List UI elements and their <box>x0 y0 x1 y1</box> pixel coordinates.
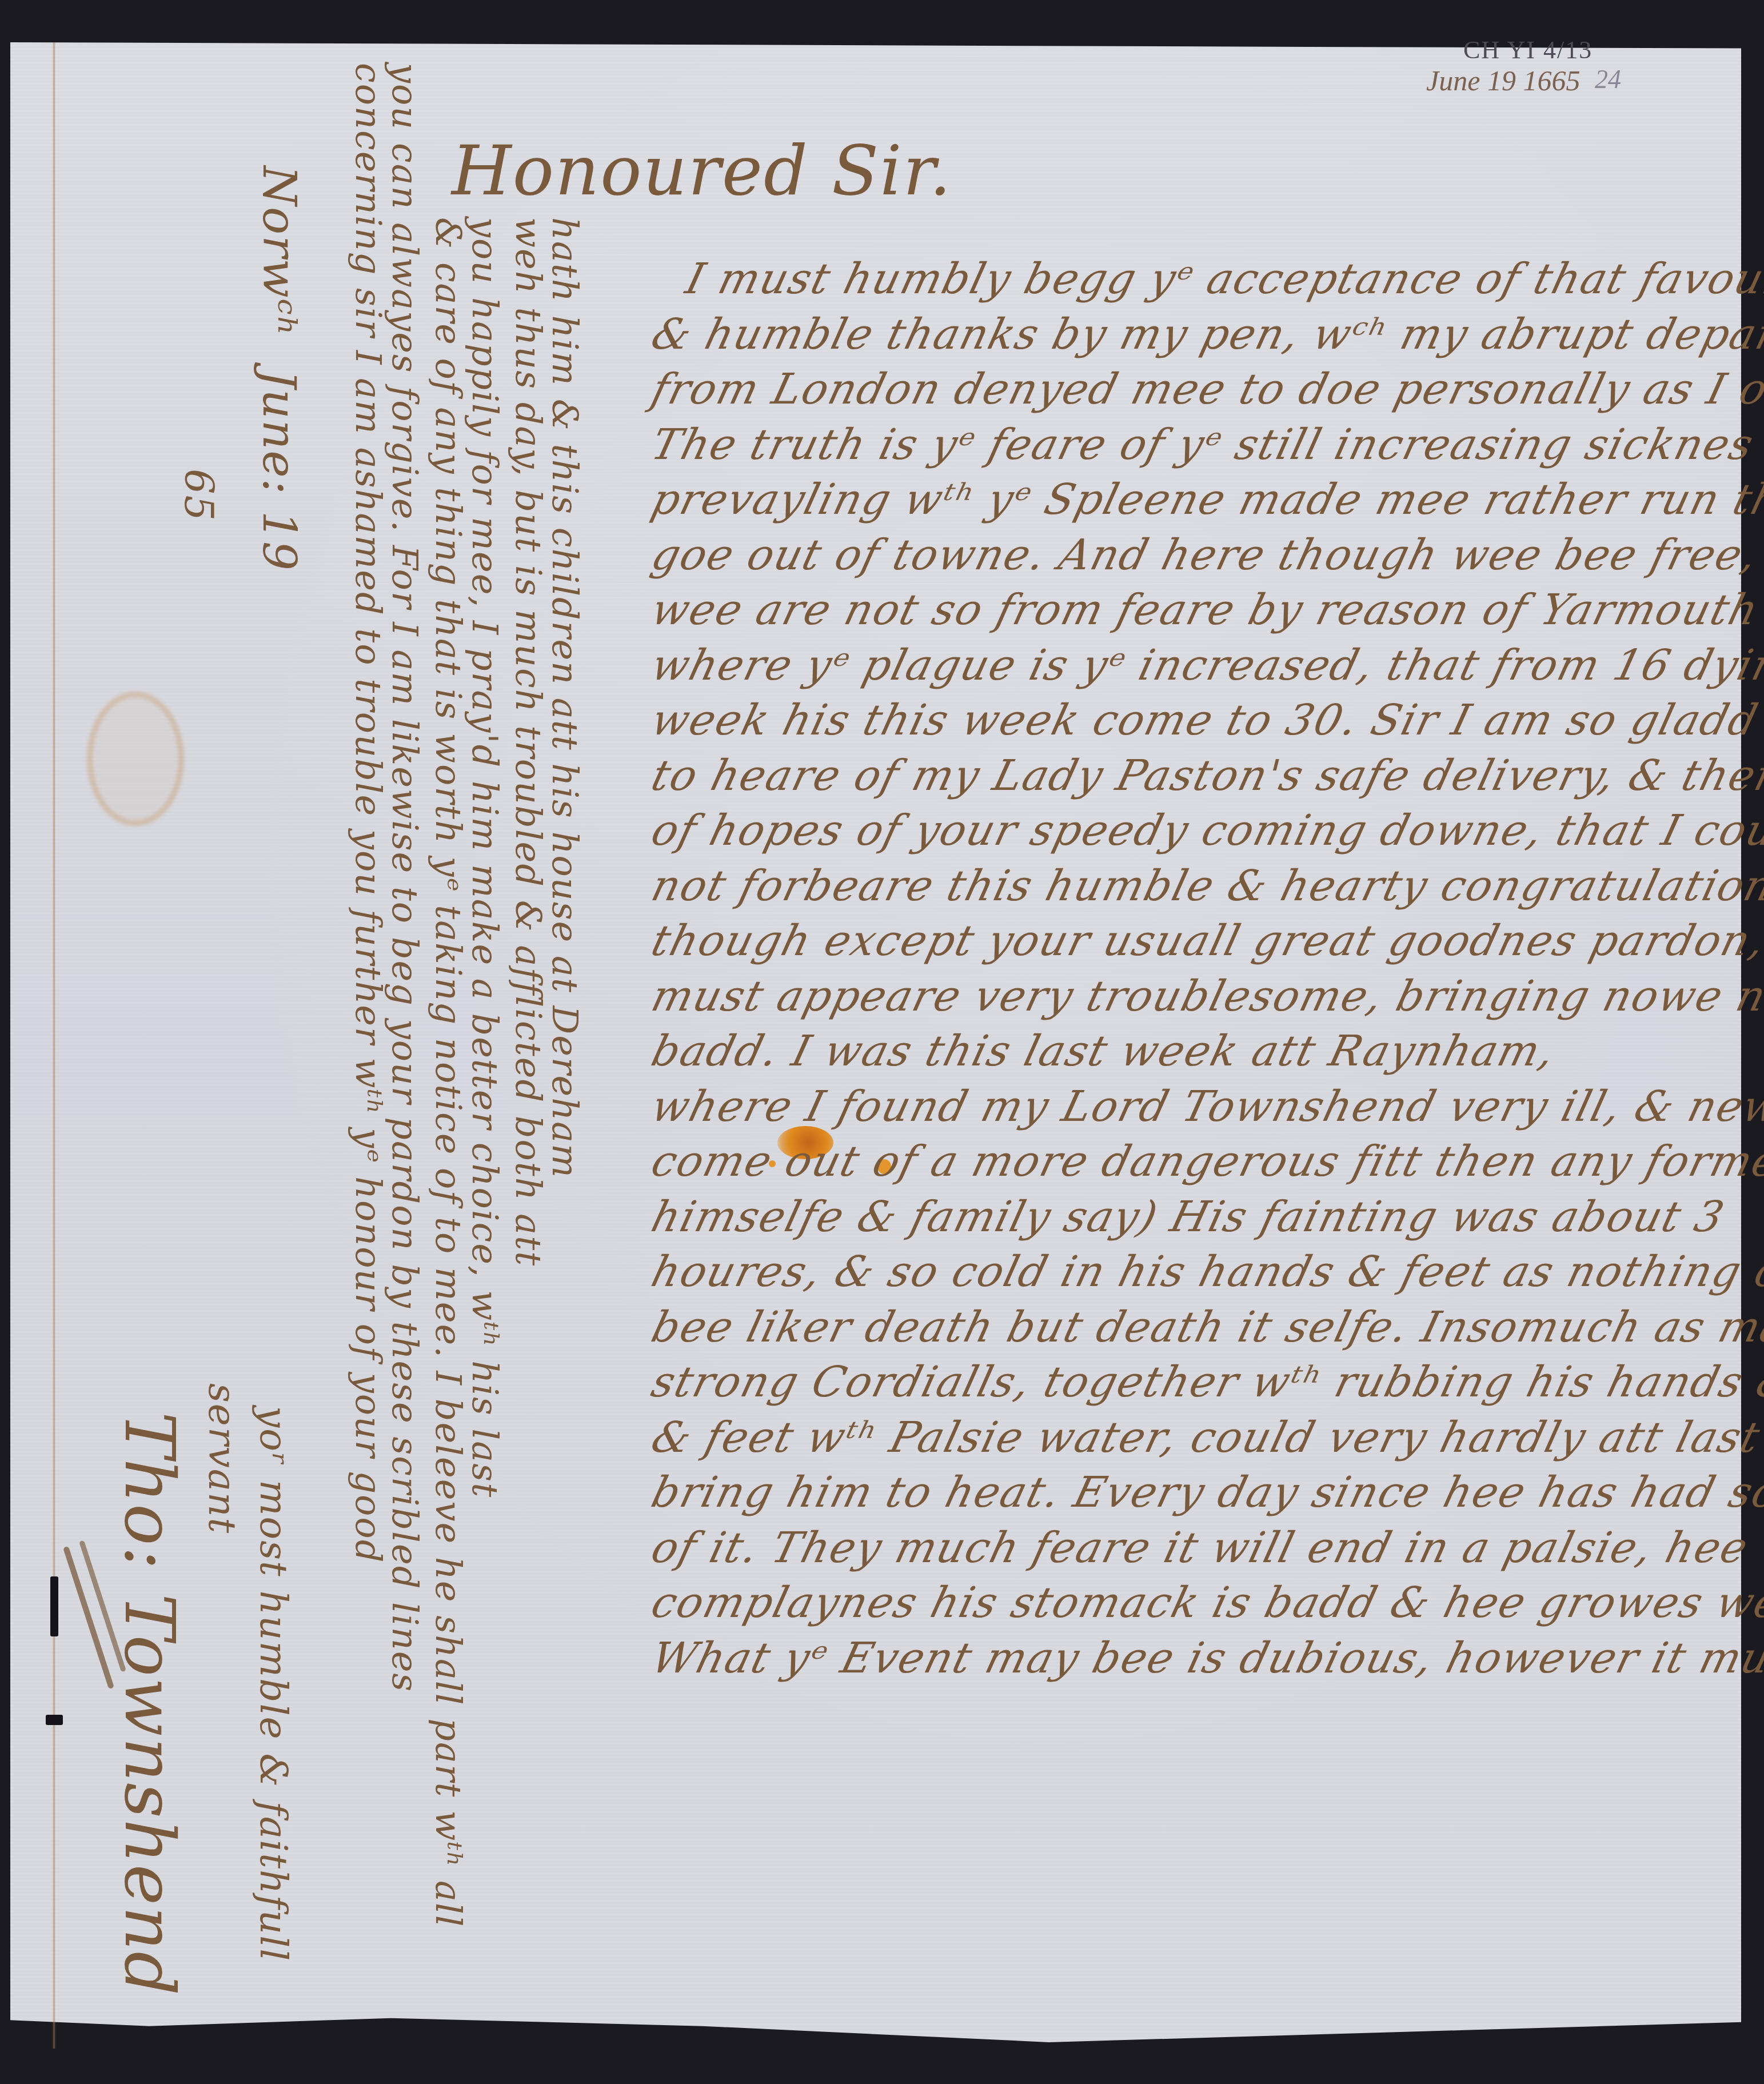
body-line: week his this week come to 30. Sir I am … <box>646 693 1746 748</box>
body-line: where I found my Lord Townshend very ill… <box>646 1079 1746 1135</box>
margin-column-2: you happily for mee, I pray'd him make a… <box>430 217 503 1928</box>
margin-column-3: you can alwayes forgive. For I am likewi… <box>350 63 423 1692</box>
body-line: badd. I was this last week att Raynham, <box>646 1024 1746 1079</box>
body-line: bring him to heat. Every day since hee h… <box>646 1465 1746 1520</box>
margin-line: you happily for mee, I pray'd him make a… <box>466 217 503 1928</box>
body-line: strong Cordialls, together wᵗʰ rubbing h… <box>646 1355 1746 1410</box>
archive-reference: CH YI 4/13 <box>1463 35 1593 65</box>
body-line: prevayling wᵗʰ yᵉ Spleene made mee rathe… <box>646 472 1746 528</box>
salutation: Honoured Sir. <box>452 131 952 211</box>
closing-line-2: servant <box>203 1383 240 1534</box>
margin-line: & care of any thing that is worth yᵉ tak… <box>430 217 466 1928</box>
margin-line: concerning sir I am ashamed to trouble y… <box>350 63 386 1692</box>
body-line: from London denyed mee to doe personally… <box>646 362 1746 417</box>
body-line: come out of a more dangerous fitt then a… <box>646 1134 1746 1189</box>
dateline-year: 65 <box>181 469 217 522</box>
body-line: complaynes his stomack is badd & hee gro… <box>646 1575 1746 1631</box>
body-line: of it. They much feare it will end in a … <box>646 1520 1746 1576</box>
margin-line: you can alwayes forgive. For I am likewi… <box>386 63 423 1692</box>
dateline-date: June: 19 <box>253 370 306 572</box>
letter-body: I must humbly begg yᵉ acceptance of that… <box>646 251 1732 1686</box>
body-line: bee liker death but death it selfe. Inso… <box>646 1300 1746 1355</box>
archive-date: June 19 1665 <box>1426 64 1580 97</box>
body-line: goe out of towne. And here though wee be… <box>646 528 1746 583</box>
fold-line <box>53 42 55 2049</box>
body-line: to heare of my Lady Paston's safe delive… <box>646 748 1746 804</box>
margin-line: hath him & this children att his house a… <box>546 217 583 1267</box>
body-line: not forbeare this humble & hearty congra… <box>646 859 1746 914</box>
signature: Tho: Townshend <box>109 1412 189 1997</box>
body-line: houres, & so cold in his hands & feet as… <box>646 1244 1746 1300</box>
body-line: What yᵉ Event may bee is dubious, howeve… <box>646 1631 1746 1686</box>
margin-line: weh thus day, but is much troubled & aff… <box>510 217 546 1267</box>
body-line: must appeare very troublesome, bringing … <box>646 969 1746 1024</box>
body-line: The truth is yᵉ feare of yᵉ still increa… <box>646 417 1746 473</box>
dateline: Norwᶜʰ June: 19 <box>261 166 297 572</box>
binding-hole <box>46 1715 63 1725</box>
dateline-place: Norwᶜʰ <box>253 166 306 337</box>
binding-slit <box>50 1576 58 1636</box>
body-line: though except your usuall great goodnes … <box>646 913 1746 969</box>
body-line: & humble thanks by my pen, wᶜʰ my abrupt… <box>646 307 1746 362</box>
body-line: wee are not so from feare by reason of Y… <box>646 582 1746 638</box>
margin-column-1: hath him & this children att his house a… <box>510 217 583 1267</box>
body-line: I must humbly begg yᵉ acceptance of that… <box>680 251 1764 307</box>
brown-water-stain <box>87 692 184 826</box>
body-line: himselfe & family say) His fainting was … <box>646 1189 1746 1245</box>
closing-line-1: yoʳ most humble & faithfull <box>255 1406 292 1962</box>
archive-folio: 24 <box>1595 64 1621 94</box>
body-line: of hopes of your speedy coming downe, th… <box>646 803 1746 859</box>
body-line: & feet wᵗʰ Palsie water, could very hard… <box>646 1410 1746 1466</box>
body-line: where yᵉ plague is yᵉ increased, that fr… <box>646 638 1746 693</box>
